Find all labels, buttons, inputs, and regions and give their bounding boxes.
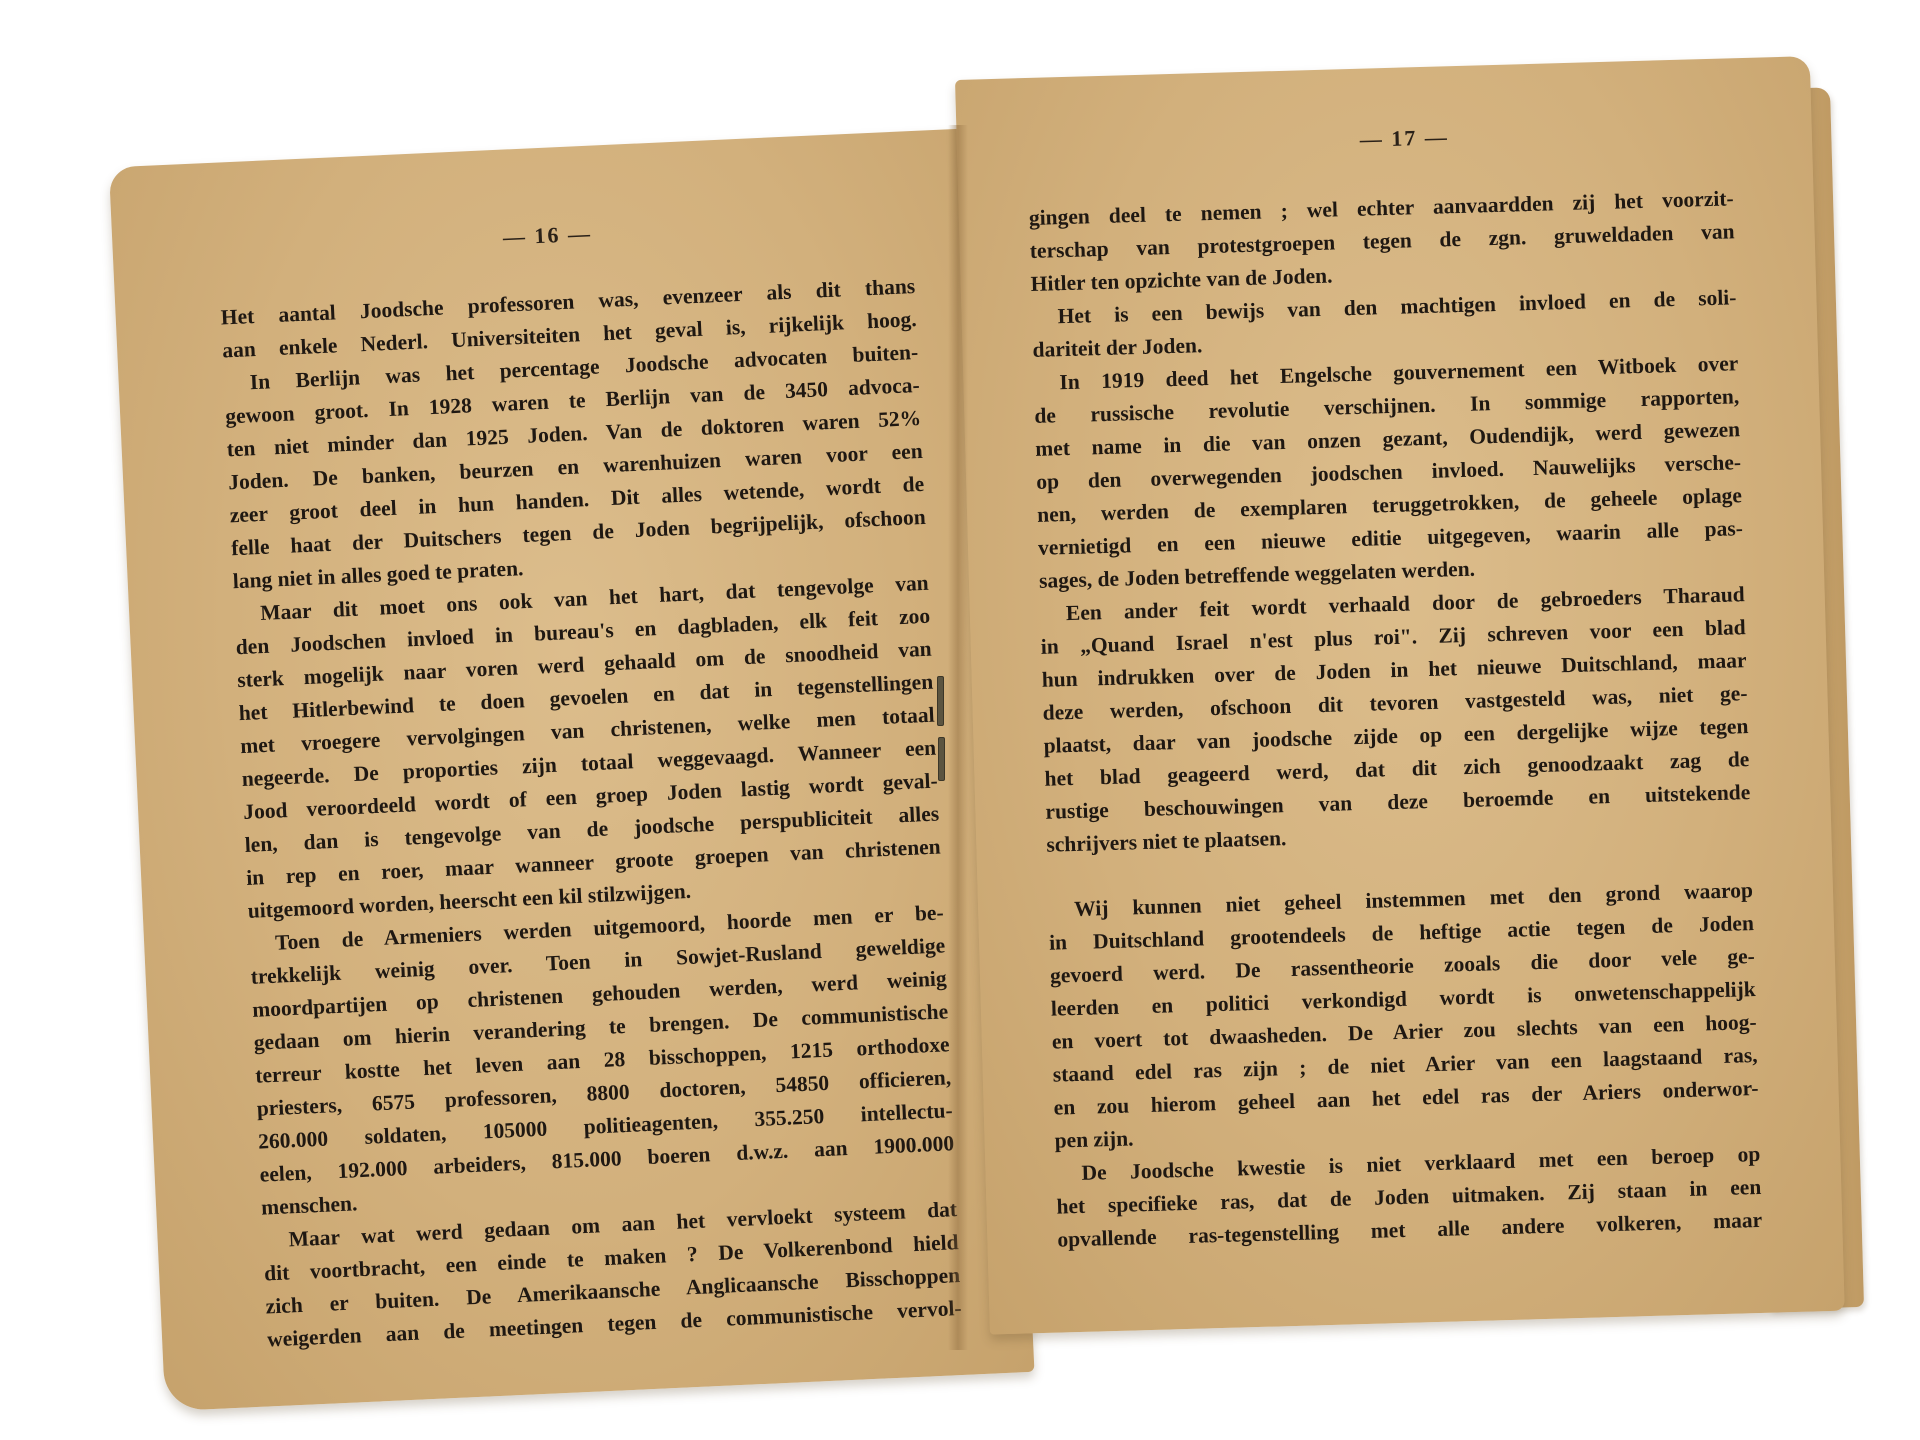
staple-icon bbox=[938, 737, 945, 781]
right-page-text: gingen deel te nemen ; wel echter aanvaa… bbox=[1028, 182, 1762, 1256]
page-number-17: — 17 — bbox=[957, 114, 1812, 164]
open-booklet: — 16 — Het aantal Joodsche professoren w… bbox=[0, 0, 1920, 1440]
book-gutter bbox=[948, 125, 968, 1350]
staple-icon bbox=[937, 676, 944, 726]
left-page-text: Het aantal Joodsche professoren was, eve… bbox=[220, 270, 962, 1356]
right-page: — 17 — gingen deel te nemen ; wel echter… bbox=[955, 56, 1845, 1334]
page-number-16: — 16 — bbox=[112, 203, 982, 268]
left-page: — 16 — Het aantal Joodsche professoren w… bbox=[109, 128, 1035, 1411]
